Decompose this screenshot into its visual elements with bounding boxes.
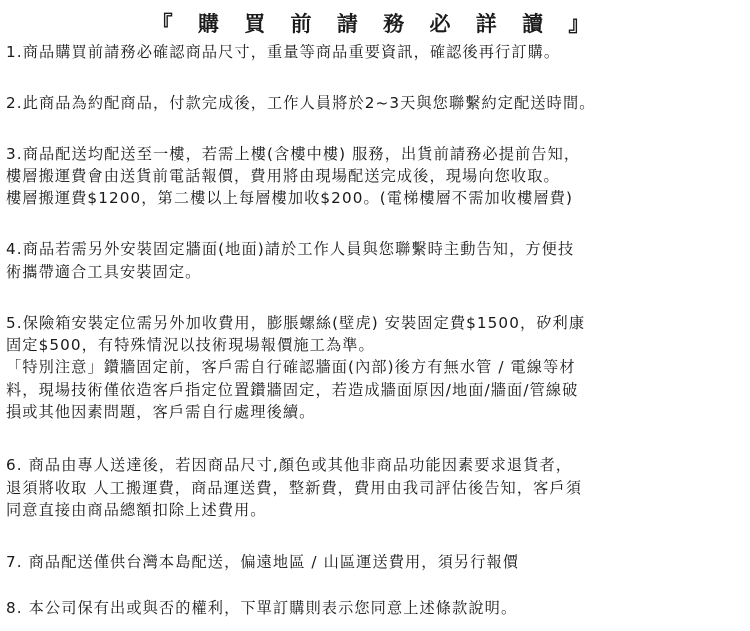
section-8-line-1: 8. 本公司保有出或與否的權利，下單訂購則表示您同意上述條款說明。 [6, 598, 517, 618]
section-5-line-2: 固定$500，有特殊情況以技術現場報價施工為準。 [6, 335, 375, 355]
section-5-line-3: 「特別注意」鑽牆固定前，客戶需自行確認牆面(內部)後方有無水管 / 電線等材 [6, 357, 576, 377]
section-6-line-3: 同意直接由商品總額扣除上述費用。 [6, 500, 267, 520]
section-5-line-4: 料，現場技術僅依造客戶指定位置鑽牆固定，若造成牆面原因/地面/牆面/管線破 [6, 380, 578, 400]
section-5-line-1: 5.保險箱安裝定位需另外加收費用，膨脹螺絲(壁虎) 安裝固定費$1500，矽利康 [6, 313, 585, 333]
section-3-line-2: 樓層搬運費會由送貨前電話報價，費用將由現場配送完成後，現場向您收取。 [6, 166, 560, 186]
section-1-line-1: 1.商品購買前請務必確認商品尺寸，重量等商品重要資訊，確認後再行訂購。 [6, 42, 560, 62]
section-3-line-3: 樓層搬運費$1200，第二樓以上每層樓加收$200。(電梯樓層不需加收樓層費) [6, 188, 573, 208]
section-7-line-1: 7. 商品配送僅供台灣本島配送，偏遠地區 / 山區運送費用，須另行報價 [6, 552, 519, 572]
notice-title: 『 購 買 前 請 務 必 詳 讀 』 [0, 8, 750, 38]
section-4-line-2: 術攜帶適合工具安裝固定。 [6, 262, 201, 282]
section-6-line-1: 6. 商品由專人送達後，若因商品尺寸,顏色或其他非商品功能因素要求退貨者， [6, 455, 572, 475]
section-4-line-1: 4.商品若需另外安裝固定牆面(地面)請於工作人員與您聯繫時主動告知，方便技 [6, 239, 574, 259]
section-3-line-1: 3.商品配送均配送至一樓，若需上樓(含樓中樓) 服務，出貨前請務必提前告知， [6, 144, 580, 164]
section-2-line-1: 2.此商品為約配商品，付款完成後，工作人員將於2~3天與您聯繫約定配送時間。 [6, 93, 596, 113]
section-6-line-2: 退須將收取 人工搬運費，商品運送費，整新費，費用由我司評估後告知，客戶須 [6, 478, 582, 498]
section-5-line-5: 損或其他因素問題，客戶需自行處理後續。 [6, 402, 315, 422]
